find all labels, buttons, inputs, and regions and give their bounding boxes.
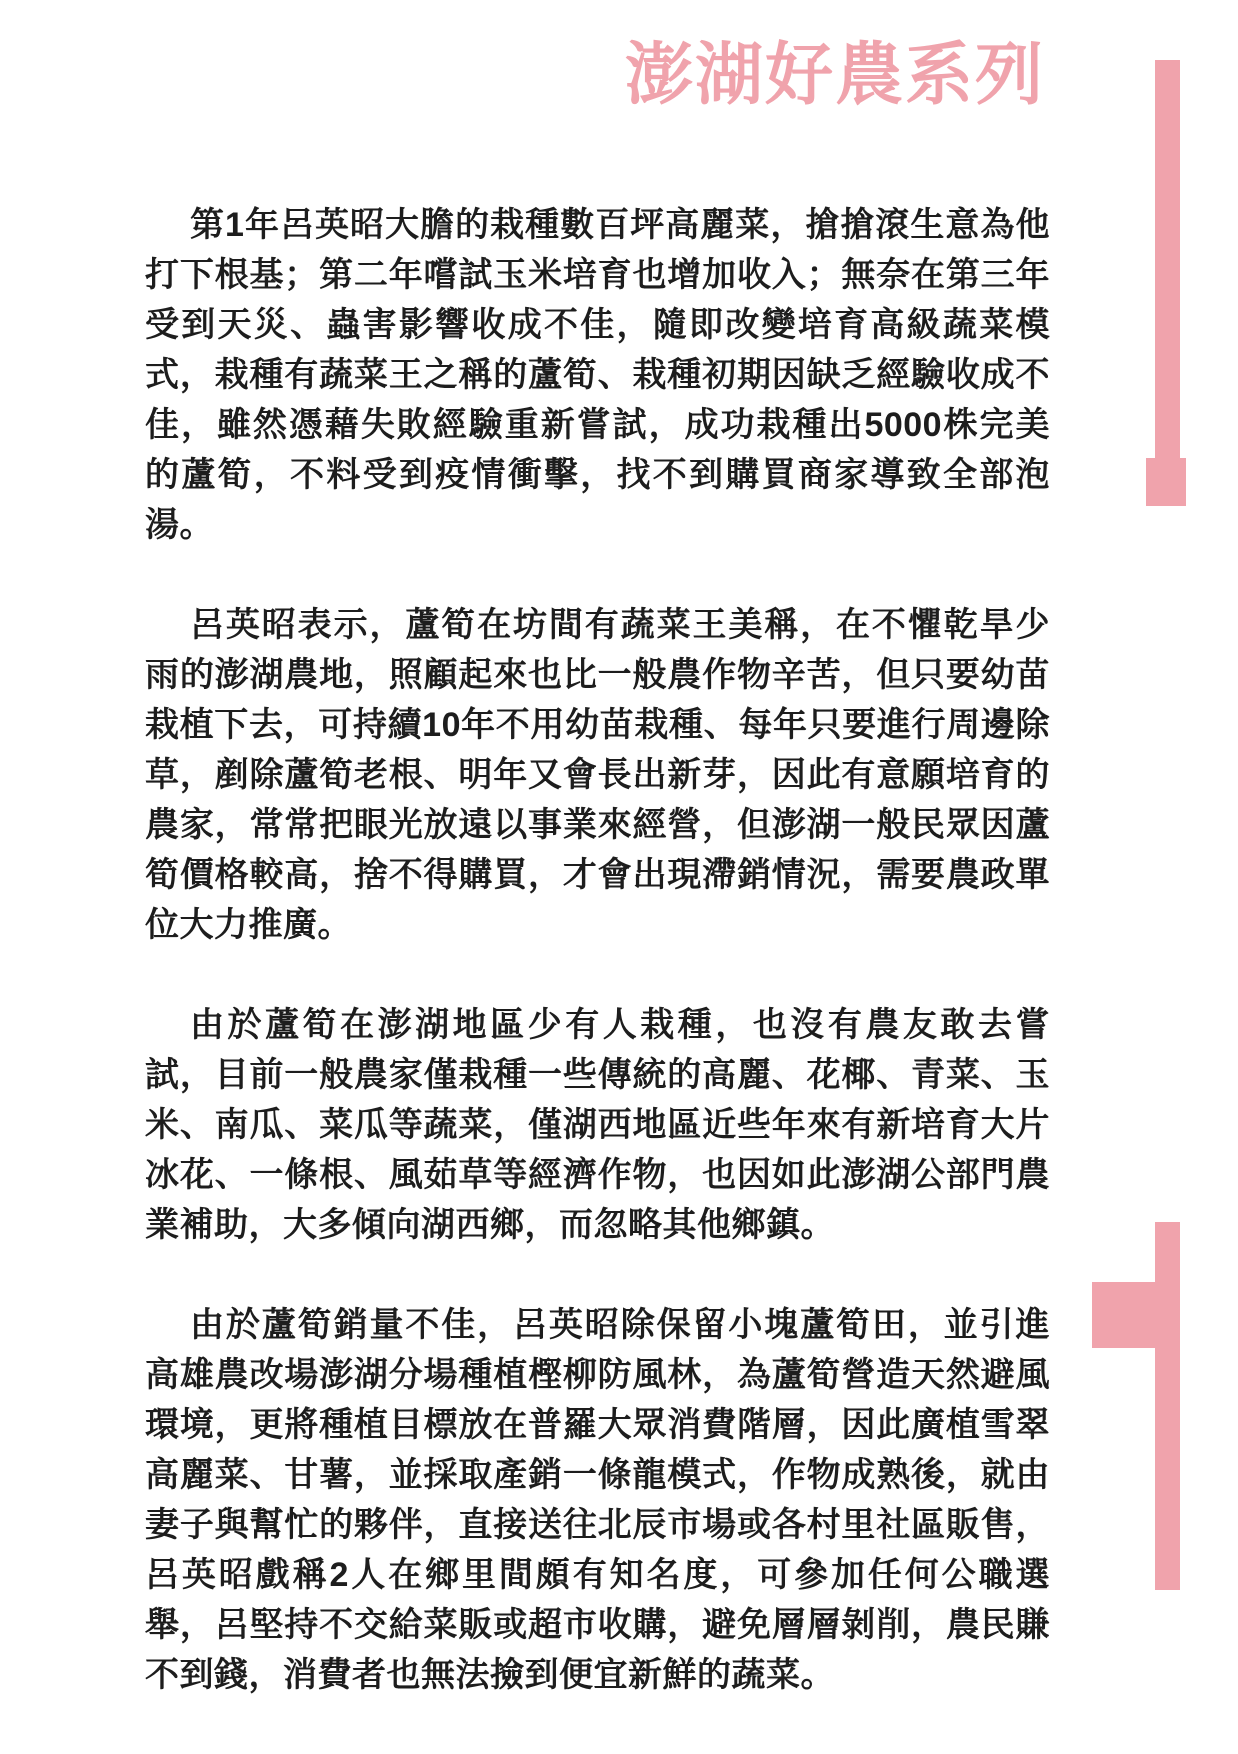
article-paragraph: 呂英昭表示，蘆筍在坊間有蔬菜王美稱，在不懼乾旱少雨的澎湖農地，照顧起來也比一般農… [145,600,1050,950]
document-page: 澎湖好農系列 第1年呂英昭大膽的栽種數百坪高麗菜，搶搶滾生意為他打下根基；第二年… [0,0,1238,1754]
article-paragraph: 第1年呂英昭大膽的栽種數百坪高麗菜，搶搶滾生意為他打下根基；第二年嚐試玉米培育也… [145,200,1050,550]
top-right-accent-bar [1155,60,1180,458]
article-paragraph: 由於蘆筍銷量不佳，呂英昭除保留小塊蘆筍田，並引進高雄農改場澎湖分場種植樫柳防風林… [145,1300,1050,1700]
article-paragraph: 由於蘆筍在澎湖地區少有人栽種，也沒有農友敢去嘗試，目前一般農家僅栽種一些傳統的高… [145,1000,1050,1250]
top-right-accent-foot [1146,458,1186,506]
bottom-right-accent-block [1092,1282,1156,1348]
bottom-right-accent-bar [1155,1222,1180,1590]
article-body: 第1年呂英昭大膽的栽種數百坪高麗菜，搶搶滾生意為他打下根基；第二年嚐試玉米培育也… [145,200,1050,1750]
page-title: 澎湖好農系列 [625,38,1045,113]
